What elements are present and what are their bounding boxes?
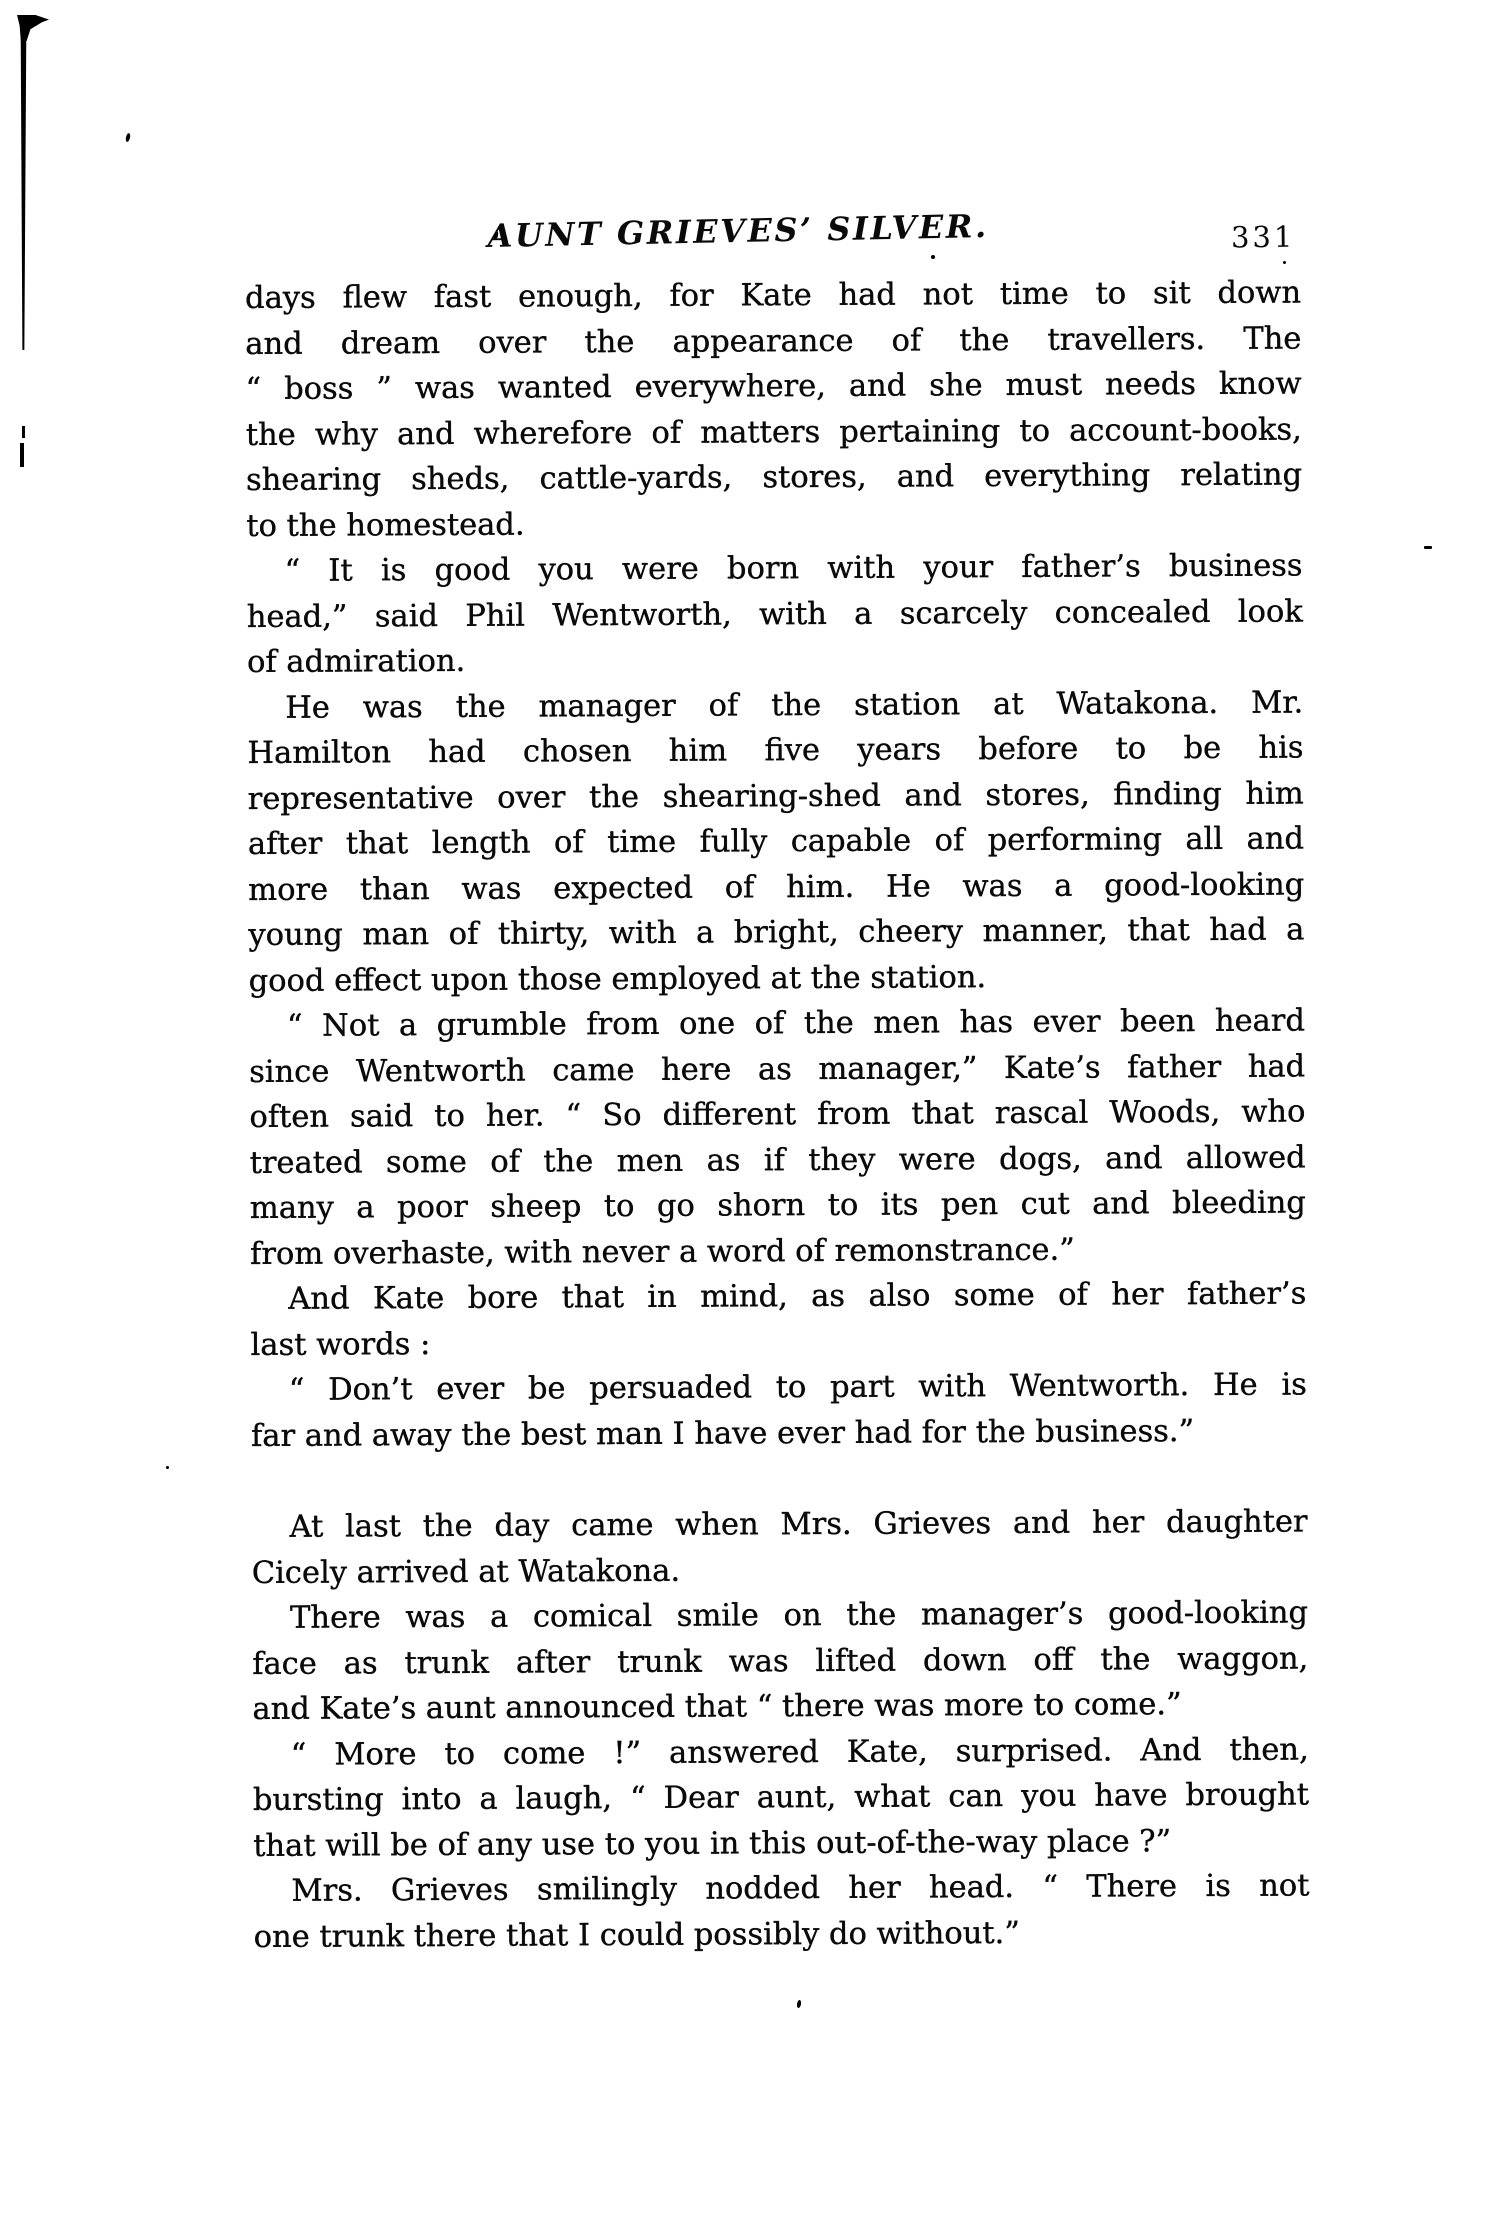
text-line: And Kate bore that in mind, as also some…	[250, 1271, 1306, 1322]
ink-speck	[1424, 546, 1432, 549]
paragraph: There was a comical smile on the manager…	[252, 1590, 1309, 1732]
text-line: last words :	[250, 1317, 1306, 1368]
text-line: days flew fast enough, for Kate had not …	[245, 270, 1301, 321]
text-line: after that length of time fully capable …	[248, 816, 1304, 867]
text-line: often said to her. “ So different from t…	[249, 1089, 1305, 1140]
text-line: Mrs. Grieves smilingly nodded her head. …	[253, 1863, 1309, 1914]
paragraph: “ Don’t ever be persuaded to part with W…	[251, 1362, 1307, 1459]
body-text: days flew fast enough, for Kate had not …	[245, 270, 1310, 1960]
paragraph: He was the manager of the station at Wat…	[247, 680, 1305, 1004]
paragraph: “ It is good you were born with your fat…	[246, 543, 1303, 685]
page-number: 331	[1230, 220, 1295, 255]
text-line: “ boss ” was wanted everywhere, and she …	[245, 361, 1301, 412]
spine-dash-artifact	[22, 426, 25, 438]
spine-line-artifact	[20, 34, 27, 350]
text-line: Hamilton had chosen him five years befor…	[247, 725, 1303, 776]
text-line: He was the manager of the station at Wat…	[247, 680, 1303, 731]
text-line: of admiration.	[247, 634, 1303, 685]
running-head: AUNT GRIEVES’ SILVER. 331	[245, 212, 1301, 262]
text-line: one trunk there that I could possibly do…	[254, 1909, 1310, 1960]
ink-speck	[796, 2000, 801, 2009]
ink-speck	[125, 133, 131, 143]
text-line: to the homestead.	[246, 498, 1302, 549]
paragraph: days flew fast enough, for Kate had not …	[245, 270, 1302, 549]
text-line: and Kate’s aunt announced that “ there w…	[252, 1681, 1308, 1732]
text-line: “ More to come !” answered Kate, surpris…	[253, 1727, 1309, 1778]
ink-speck	[166, 1466, 169, 1469]
paragraph: And Kate bore that in mind, as also some…	[250, 1271, 1306, 1368]
text-line: young man of thirty, with a bright, chee…	[248, 907, 1304, 958]
paragraph: At last the day came when Mrs. Grieves a…	[251, 1499, 1307, 1596]
text-line: There was a comical smile on the manager…	[252, 1590, 1308, 1641]
book-page-scan: AUNT GRIEVES’ SILVER. 331 days flew fast…	[0, 0, 1497, 2234]
page-title: AUNT GRIEVES’ SILVER.	[245, 202, 1232, 260]
text-line: “ Not a grumble from one of the men has …	[249, 998, 1305, 1049]
text-line: from overhaste, with never a word of rem…	[250, 1226, 1306, 1277]
text-line: good effect upon those employed at the s…	[249, 953, 1305, 1004]
text-line: “ It is good you were born with your fat…	[246, 543, 1302, 594]
text-line: bursting into a laugh, “ Dear aunt, what…	[253, 1772, 1309, 1823]
text-line: and dream over the appearance of the tra…	[245, 316, 1301, 367]
text-line: Cicely arrived at Watakona.	[252, 1545, 1308, 1596]
text-line: that will be of any use to you in this o…	[253, 1818, 1309, 1869]
text-line: treated some of the men as if they were …	[250, 1135, 1306, 1186]
paragraph: Mrs. Grieves smilingly nodded her head. …	[253, 1863, 1309, 1960]
text-line: the why and wherefore of matters pertain…	[246, 407, 1302, 458]
text-line: face as trunk after trunk was lifted dow…	[252, 1636, 1308, 1687]
paragraph: “ Not a grumble from one of the men has …	[249, 998, 1306, 1277]
text-line: shearing sheds, cattle-yards, stores, an…	[246, 452, 1302, 503]
text-line: more than was expected of him. He was a …	[248, 862, 1304, 913]
text-line: At last the day came when Mrs. Grieves a…	[251, 1499, 1307, 1550]
text-line: many a poor sheep to go shorn to its pen…	[250, 1180, 1306, 1231]
text-line: since Wentworth came here as manager,” K…	[249, 1044, 1305, 1095]
text-line: far and away the best man I have ever ha…	[251, 1408, 1307, 1459]
spine-dash-artifact	[20, 443, 24, 467]
paragraph: “ More to come !” answered Kate, surpris…	[253, 1727, 1310, 1869]
text-line: representative over the shearing-shed an…	[248, 771, 1304, 822]
text-line: head,” said Phil Wentworth, with a scarc…	[247, 589, 1303, 640]
text-line: “ Don’t ever be persuaded to part with W…	[251, 1362, 1307, 1413]
